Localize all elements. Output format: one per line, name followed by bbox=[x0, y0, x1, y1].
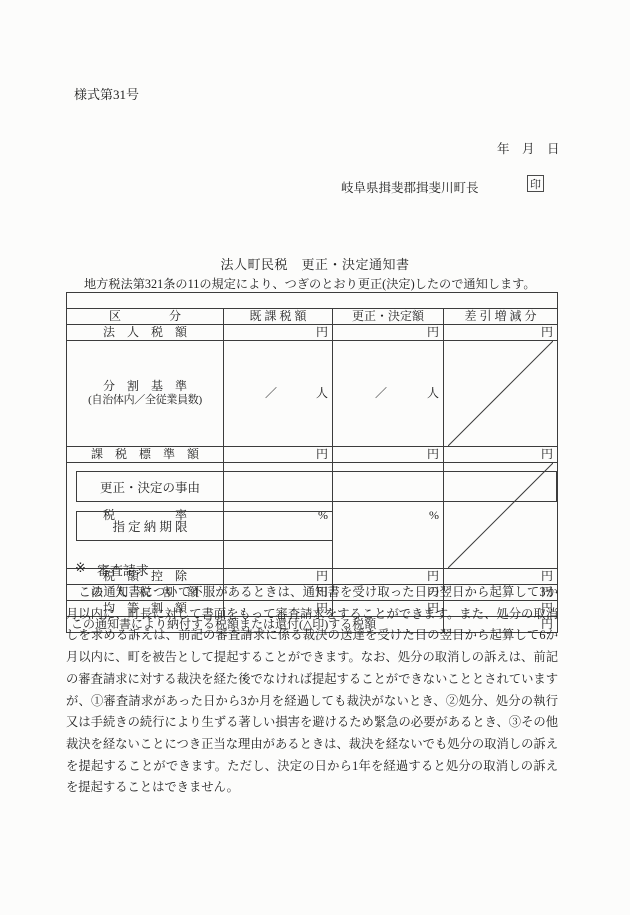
revised-value-cell: 円 bbox=[333, 325, 444, 341]
row-label: 法 人 税 額 bbox=[67, 325, 224, 341]
page-subtitle: 地方税法第321条の11の規定により、つぎのとおり更正(決定)したので通知します… bbox=[84, 275, 536, 292]
date-line: 年 月 日 bbox=[497, 139, 560, 157]
header-difference: 差 引 増 減 分 bbox=[444, 309, 558, 325]
form-number: 様式第31号 bbox=[74, 84, 139, 103]
correction-reason-box: 更正・決定の事由 bbox=[76, 471, 557, 502]
table-empty-row bbox=[67, 293, 558, 309]
appeal-note-heading: ※ 審査請求 bbox=[75, 560, 149, 579]
payment-deadline-box: 指 定 納 期 限 bbox=[76, 511, 333, 541]
diagonal-line bbox=[448, 341, 553, 446]
table-header-row: 区 分 既 課 税 額 更正・決定額 差 引 増 減 分 bbox=[67, 309, 558, 325]
appeal-note-body: この通知書について不服があるときは、通知書を受け取った日の翌日から起算して3か月… bbox=[66, 582, 558, 799]
existing-value-cell: 円 bbox=[224, 325, 333, 341]
revised-value-cell: ／ 人 bbox=[333, 341, 444, 447]
revised-value-cell: 円 bbox=[333, 447, 444, 463]
seal-mark: 印 bbox=[527, 175, 544, 192]
note-marker: ※ bbox=[75, 560, 86, 579]
difference-struck-cell bbox=[444, 341, 558, 447]
existing-value-cell: ／ 人 bbox=[224, 341, 333, 447]
correction-reason-value bbox=[224, 472, 556, 501]
payment-deadline-label: 指 定 納 期 限 bbox=[77, 512, 224, 540]
person-unit: 人 bbox=[427, 387, 439, 401]
division-basis-sublabel: (自治体内／全従業員数) bbox=[71, 394, 219, 407]
person-unit: 人 bbox=[316, 387, 328, 401]
row-division-basis: 分 割 基 準 (自治体内／全従業員数) ／ 人 ／ 人 bbox=[67, 341, 558, 447]
division-basis-label: 分 割 基 準 bbox=[71, 380, 219, 394]
difference-value-cell: 円 bbox=[444, 325, 558, 341]
difference-value-cell: 円 bbox=[444, 447, 558, 463]
row-label: 課 税 標 準 額 bbox=[67, 447, 224, 463]
header-revised-amount: 更正・決定額 bbox=[333, 309, 444, 325]
page-title: 法人町民税 更正・決定通知書 bbox=[0, 254, 630, 273]
row-corporate-tax-amount: 法 人 税 額 円 円 円 bbox=[67, 325, 558, 341]
document-page: 様式第31号 年 月 日 岐阜県揖斐郡揖斐川町長 印 法人町民税 更正・決定通知… bbox=[0, 0, 630, 915]
row-label: 分 割 基 準 (自治体内／全従業員数) bbox=[67, 341, 224, 447]
existing-value-cell: 円 bbox=[224, 447, 333, 463]
fraction-slash: ／ bbox=[224, 387, 318, 401]
note-title: 審査請求 bbox=[97, 560, 149, 579]
header-existing-tax: 既 課 税 額 bbox=[224, 309, 333, 325]
fraction-slash: ／ bbox=[333, 387, 429, 401]
correction-reason-label: 更正・決定の事由 bbox=[77, 472, 224, 501]
row-tax-base: 課 税 標 準 額 円 円 円 bbox=[67, 447, 558, 463]
header-category: 区 分 bbox=[67, 309, 224, 325]
payment-deadline-value bbox=[224, 512, 332, 540]
empty-cell bbox=[67, 293, 558, 309]
mayor-title: 岐阜県揖斐郡揖斐川町長 bbox=[341, 178, 479, 196]
